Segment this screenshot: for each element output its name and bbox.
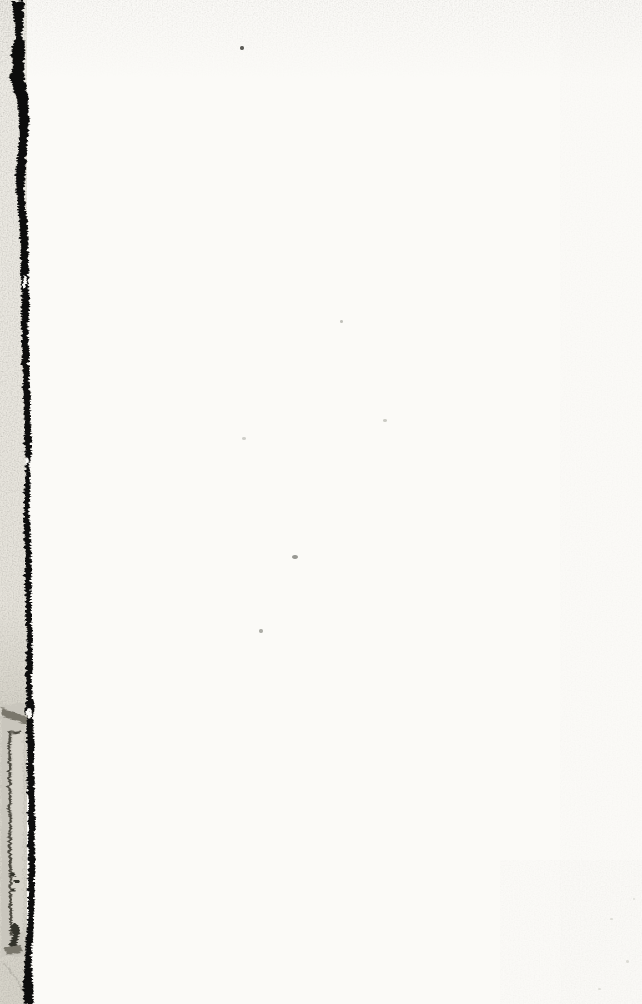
scanned-page [0,0,642,1004]
dust-speck [626,960,629,963]
dust-speck [610,918,613,920]
crack-gap [24,455,27,463]
paper-grain [0,0,642,1004]
dust-speck [240,46,244,50]
dust-speck [598,988,601,990]
crack-gap [22,275,26,288]
crack-gap [26,707,30,718]
page-surface [0,0,642,1004]
dust-speck [633,898,635,900]
dust-speck [340,320,343,323]
dust-speck [259,629,263,633]
dust-speck [383,419,387,422]
dust-speck [242,437,246,440]
bookplate-fragment [0,703,27,993]
dust-speck [292,555,298,559]
